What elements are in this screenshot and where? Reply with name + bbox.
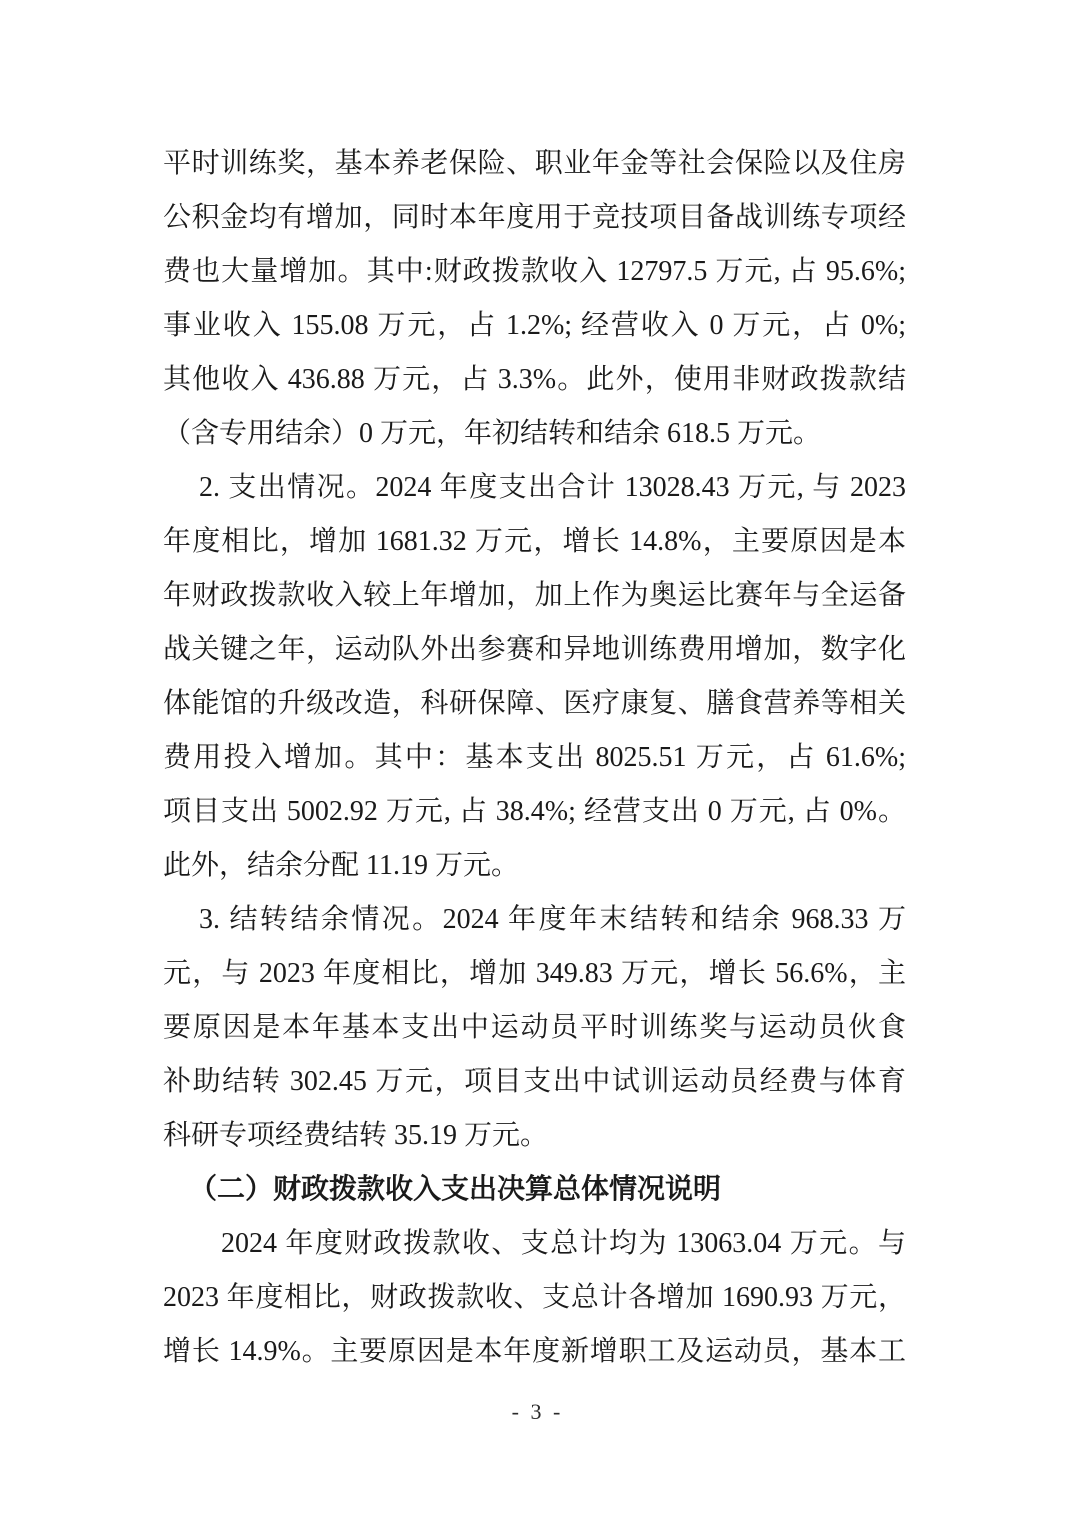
text-line: （含专用结余）0 万元，年初结转和结余 618.5 万元。 [163,407,906,461]
text-line: 费用投入增加。其中：基本支出 8025.51 万元，占 61.6%; [163,731,906,785]
text-line: 2023 年度相比，财政拨款收、支总计各增加 1690.93 万元， [163,1271,906,1325]
text-line: 元，与 2023 年度相比，增加 349.83 万元，增长 56.6%，主 [163,947,906,1001]
text-line: 科研专项经费结转 35.19 万元。 [163,1109,906,1163]
text-line: 费也大量增加。其中:财政拨款收入 12797.5 万元, 占 95.6%; [163,245,906,299]
page-number: - 3 - [512,1399,564,1424]
page-footer: - 3 - [0,1396,1075,1428]
text-line: 项目支出 5002.92 万元, 占 38.4%; 经营支出 0 万元, 占 0… [163,785,906,839]
text-line: 事业收入 155.08 万元，占 1.2%; 经营收入 0 万元，占 0%; [163,299,906,353]
text-line: 体能馆的升级改造，科研保障、医疗康复、膳食营养等相关 [163,677,906,731]
text-line: 此外，结余分配 11.19 万元。 [163,839,906,893]
text-line: 增长 14.9%。主要原因是本年度新增职工及运动员，基本工 [163,1325,906,1379]
text-line: 平时训练奖，基本养老保险、职业年金等社会保险以及住房 [163,137,906,191]
text-line: 其他收入 436.88 万元，占 3.3%。此外，使用非财政拨款结 [163,353,906,407]
text-line: 公积金均有增加，同时本年度用于竞技项目备战训练专项经 [163,191,906,245]
text-line: 2024 年度财政拨款收、支总计均为 13063.04 万元。与 [163,1217,906,1271]
text-line: 年度相比，增加 1681.32 万元，增长 14.8%，主要原因是本 [163,515,906,569]
text-line: 年财政拨款收入较上年增加，加上作为奥运比赛年与全运备 [163,569,906,623]
text-line: 3. 结转结余情况。2024 年度年末结转和结余 968.33 万 [163,893,906,947]
document-body: 平时训练奖，基本养老保险、职业年金等社会保险以及住房 公积金均有增加，同时本年度… [163,137,906,1379]
text-line: 要原因是本年基本支出中运动员平时训练奖与运动员伙食 [163,1001,906,1055]
text-line: 战关键之年，运动队外出参赛和异地训练费用增加，数字化 [163,623,906,677]
section-heading: （二）财政拨款收入支出决算总体情况说明 [163,1163,906,1217]
text-line: 2. 支出情况。2024 年度支出合计 13028.43 万元, 与 2023 [163,461,906,515]
document-page: 平时训练奖，基本养老保险、职业年金等社会保险以及住房 公积金均有增加，同时本年度… [0,0,1075,1520]
text-line: 补助结转 302.45 万元，项目支出中试训运动员经费与体育 [163,1055,906,1109]
